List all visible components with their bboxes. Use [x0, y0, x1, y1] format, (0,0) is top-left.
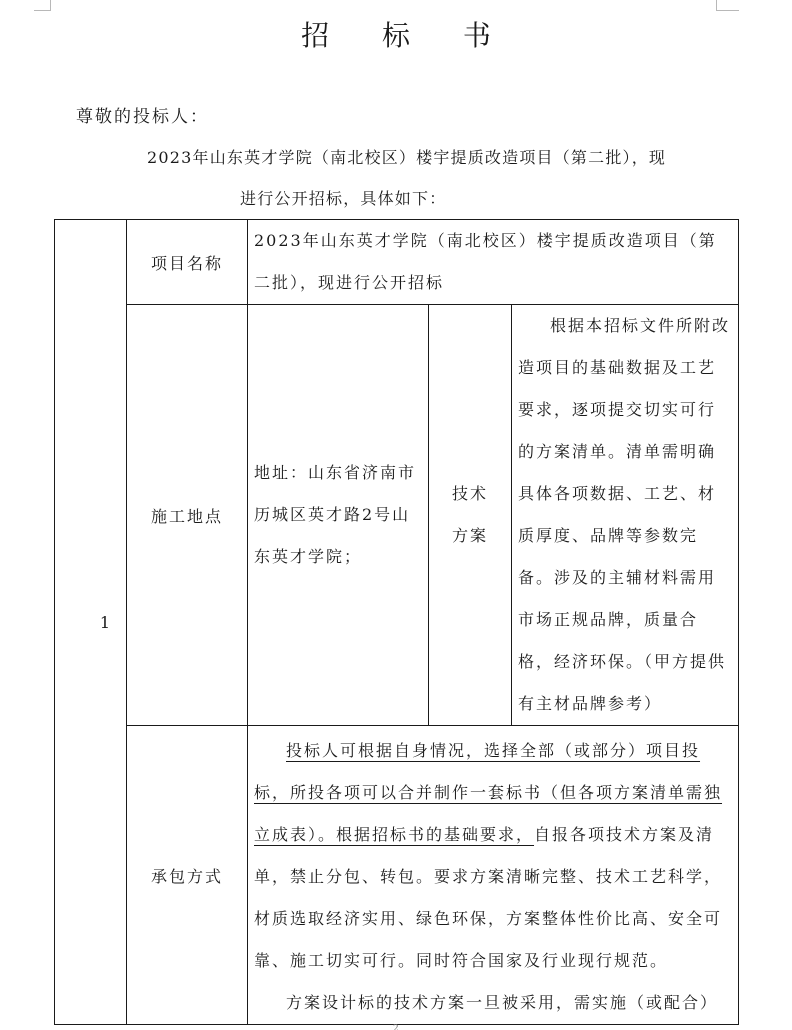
label-project-name: 项目名称 [127, 220, 248, 305]
label-contract-mode: 承包方式 [127, 726, 248, 1025]
contract-plain-text: 自报各项技术方案及清单，禁止分包、转包。要求方案清晰完整、技术工艺科学，材质选取… [254, 825, 722, 970]
page-corner-mark-right [716, 0, 739, 11]
table-row-location: 施工地点 地址：山东省济南市历城区英才路2号山东英才学院； 技术方案 根据本招标… [55, 305, 739, 726]
location-address: 地址：山东省济南市历城区英才路2号山东英才学院； [248, 305, 429, 726]
contract-mode-content: 投标人可根据自身情况，选择全部（或部分）项目投标，所投各项可以合并制作一套标书（… [248, 726, 739, 1025]
tech-plan-text: 根据本招标文件所附改造项目的基础数据及工艺要求，逐项提交切实可行的方案清单。清单… [518, 305, 732, 725]
intro-line-2: 进行公开招标，具体如下： [240, 186, 446, 209]
label-location: 施工地点 [127, 305, 248, 726]
tender-table: 1 项目名称 2023年山东英才学院（南北校区）楼宇提质改造项目（第二批），现进… [54, 219, 739, 1025]
page-number: 2 [393, 1024, 399, 1030]
contract-paragraph-2: 方案设计标的技术方案一旦被采用，需实施（或配合） [254, 982, 732, 1024]
greeting: 尊敬的投标人： [76, 102, 209, 127]
table-row-project-name: 1 项目名称 2023年山东英才学院（南北校区）楼宇提质改造项目（第二批），现进… [55, 220, 739, 305]
table-row-contract: 承包方式 投标人可根据自身情况，选择全部（或部分）项目投标，所投各项可以合并制作… [55, 726, 739, 1025]
page-corner-mark-left [34, 0, 51, 11]
project-name-value: 2023年山东英才学院（南北校区）楼宇提质改造项目（第二批），现进行公开招标 [248, 220, 739, 305]
row-number: 1 [55, 220, 127, 1025]
tech-plan-label-text: 技术方案 [444, 473, 497, 557]
tech-plan-description: 根据本招标文件所附改造项目的基础数据及工艺要求，逐项提交切实可行的方案清单。清单… [512, 305, 739, 726]
label-tech-plan: 技术方案 [429, 305, 512, 726]
intro-line-1: 2023年山东英才学院（南北校区）楼宇提质改造项目（第二批），现 [147, 145, 666, 168]
document-title: 招 标 书 [0, 14, 792, 54]
